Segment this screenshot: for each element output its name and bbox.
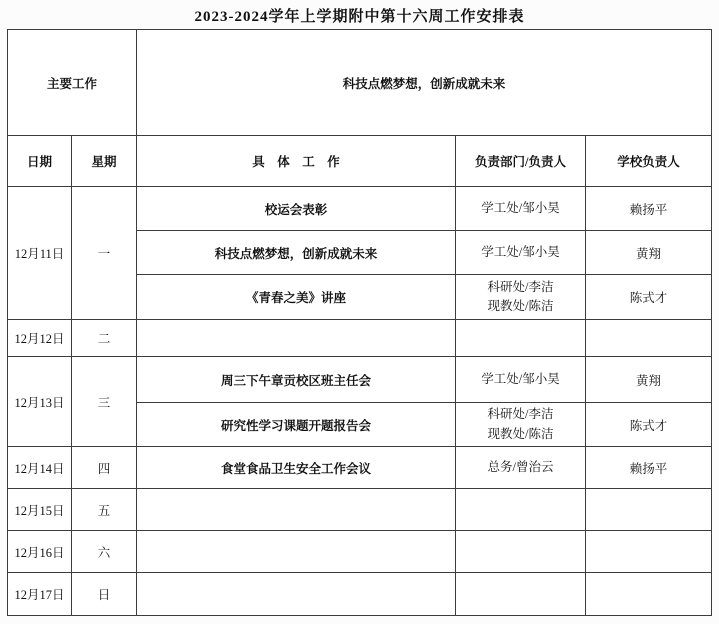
task-cell: 《青春之美》讲座 xyxy=(137,275,456,320)
task-cell: 周三下午章贡校区班主任会 xyxy=(137,357,456,403)
weekday-cell: 六 xyxy=(71,531,136,573)
leader-cell: 黄翔 xyxy=(586,231,712,275)
task-cell: 科技点燃梦想，创新成就未来 xyxy=(137,231,456,275)
table-row: 12月14日 四 食堂食品卫生安全工作会议 总务/曾治云 赖扬平 xyxy=(7,447,711,489)
leader-cell xyxy=(586,489,712,531)
main-work-content: 科技点燃梦想，创新成就未来 xyxy=(137,30,712,136)
table-row: 12月17日 日 xyxy=(7,573,711,616)
header-department: 负责部门/负责人 xyxy=(456,136,586,187)
header-school-leader: 学校负责人 xyxy=(586,136,712,187)
table-row: 12月15日 五 xyxy=(7,489,711,531)
date-cell: 12月11日 xyxy=(7,187,71,320)
department-cell xyxy=(456,320,586,357)
task-cell xyxy=(137,531,456,573)
weekday-cell: 二 xyxy=(71,320,136,357)
main-work-label: 主要工作 xyxy=(7,30,136,136)
table-row: 12月16日 六 xyxy=(7,531,711,573)
date-cell: 12月17日 xyxy=(7,573,71,616)
task-cell xyxy=(137,489,456,531)
weekday-cell: 三 xyxy=(71,357,136,447)
task-cell xyxy=(137,320,456,357)
department-cell: 科研处/李洁 现教处/陈洁 xyxy=(456,275,586,320)
task-cell: 食堂食品卫生安全工作会议 xyxy=(137,447,456,489)
department-cell: 科研处/李洁 现教处/陈洁 xyxy=(456,403,586,447)
department-cell xyxy=(456,573,586,616)
header-row: 日期 星期 具 体 工 作 负责部门/负责人 学校负责人 xyxy=(7,136,711,187)
leader-cell: 赖扬平 xyxy=(586,187,712,231)
weekday-cell: 五 xyxy=(71,489,136,531)
department-cell: 学工处/邹小昊 xyxy=(456,187,586,231)
task-cell xyxy=(137,573,456,616)
document-page: 2023-2024学年上学期附中第十六周工作安排表 主要工作 科技点燃梦想，创新… xyxy=(0,0,719,624)
date-cell: 12月13日 xyxy=(7,357,71,447)
leader-cell: 陈式才 xyxy=(586,275,712,320)
main-work-row: 主要工作 科技点燃梦想，创新成就未来 xyxy=(7,30,711,136)
table-row: 12月13日 三 周三下午章贡校区班主任会 学工处/邹小昊 黄翔 xyxy=(7,357,711,403)
task-cell: 研究性学习课题开题报告会 xyxy=(137,403,456,447)
leader-cell xyxy=(586,320,712,357)
date-cell: 12月14日 xyxy=(7,447,71,489)
department-cell xyxy=(456,531,586,573)
department-cell: 学工处/邹小昊 xyxy=(456,357,586,403)
leader-cell xyxy=(586,573,712,616)
schedule-table: 主要工作 科技点燃梦想，创新成就未来 日期 星期 具 体 工 作 负责部门/负责… xyxy=(7,29,712,616)
weekday-cell: 日 xyxy=(71,573,136,616)
date-cell: 12月12日 xyxy=(7,320,71,357)
weekday-cell: 四 xyxy=(71,447,136,489)
leader-cell: 黄翔 xyxy=(586,357,712,403)
department-cell: 总务/曾治云 xyxy=(456,447,586,489)
table-row: 12月11日 一 校运会表彰 学工处/邹小昊 赖扬平 xyxy=(7,187,711,231)
page-title: 2023-2024学年上学期附中第十六周工作安排表 xyxy=(0,6,719,28)
header-weekday: 星期 xyxy=(71,136,136,187)
department-cell xyxy=(456,489,586,531)
leader-cell xyxy=(586,531,712,573)
date-cell: 12月15日 xyxy=(7,489,71,531)
leader-cell: 赖扬平 xyxy=(586,447,712,489)
weekday-cell: 一 xyxy=(71,187,136,320)
header-date: 日期 xyxy=(7,136,71,187)
task-cell: 校运会表彰 xyxy=(137,187,456,231)
header-task: 具 体 工 作 xyxy=(137,136,456,187)
leader-cell: 陈式才 xyxy=(586,403,712,447)
department-cell: 学工处/邹小昊 xyxy=(456,231,586,275)
date-cell: 12月16日 xyxy=(7,531,71,573)
table-row: 12月12日 二 xyxy=(7,320,711,357)
